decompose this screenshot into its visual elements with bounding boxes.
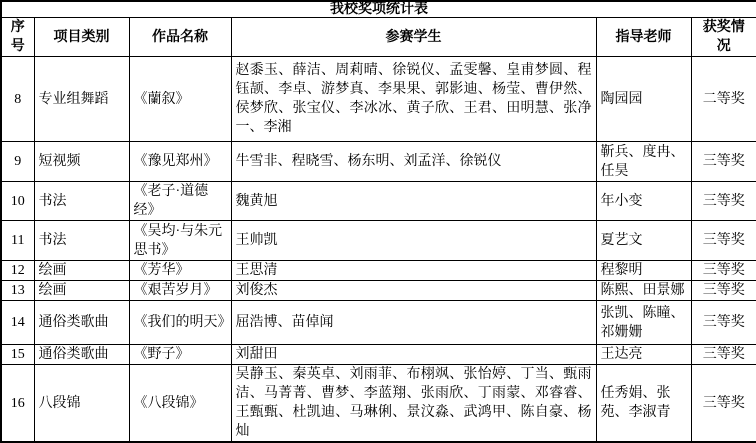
cell-work: 《蘭叙》	[129, 57, 231, 142]
cell-category: 通俗类歌曲	[34, 301, 129, 345]
cell-serial: 14	[1, 301, 34, 345]
header-students: 参赛学生	[231, 18, 596, 57]
header-award-label: 获奖情况	[702, 18, 745, 56]
cell-teachers: 靳兵、度冉、任昊	[596, 142, 691, 182]
table-row: 12 绘画 《芳华》 王思清 程黎明 三等奖	[1, 261, 756, 281]
table-row: 15 通俗类歌曲 《野子》 刘甜田 王达亮 三等奖	[1, 345, 756, 365]
cell-students: 王思清	[231, 261, 596, 281]
cell-award: 三等奖	[691, 221, 756, 261]
header-serial-label: 序号	[10, 18, 25, 56]
table-row: 8 专业组舞蹈 《蘭叙》 赵黍玉、薛洁、周莉晴、徐锐仪、孟雯馨、皇甫梦圆、程钰颉…	[1, 57, 756, 142]
cell-serial: 15	[1, 345, 34, 365]
cell-award: 三等奖	[691, 182, 756, 221]
cell-award: 三等奖	[691, 365, 756, 443]
cell-work: 《野子》	[129, 345, 231, 365]
header-award: 获奖情况	[691, 18, 756, 57]
cell-students: 刘甜田	[231, 345, 596, 365]
header-serial: 序号	[1, 18, 34, 57]
cell-students: 屈浩博、苗倬闻	[231, 301, 596, 345]
cell-serial: 16	[1, 365, 34, 443]
table-row: 14 通俗类歌曲 《我们的明天》 屈浩博、苗倬闻 张凯、陈瞳、祁姗姗 三等奖	[1, 301, 756, 345]
cell-category: 绘画	[34, 261, 129, 281]
cell-work: 《艰苦岁月》	[129, 281, 231, 301]
cell-work: 《八段锦》	[129, 365, 231, 443]
cell-serial: 11	[1, 221, 34, 261]
cell-students: 魏黄旭	[231, 182, 596, 221]
title-row: 我校奖项统计表	[1, 1, 756, 18]
table-row: 10 书法 《老子·道德经》 魏黄旭 年小变 三等奖	[1, 182, 756, 221]
awards-table: 我校奖项统计表 序号 项目类别 作品名称 参赛学生 指导老师 获奖情况 8 专业…	[0, 0, 756, 443]
cell-category: 通俗类歌曲	[34, 345, 129, 365]
cell-award: 二等奖	[691, 57, 756, 142]
cell-category: 书法	[34, 221, 129, 261]
cell-teachers: 陶园园	[596, 57, 691, 142]
cell-teachers: 夏艺文	[596, 221, 691, 261]
cell-teachers: 程黎明	[596, 261, 691, 281]
cell-category: 短视频	[34, 142, 129, 182]
cell-serial: 13	[1, 281, 34, 301]
cell-work: 《豫见郑州》	[129, 142, 231, 182]
cell-work: 《吴均·与朱元思书》	[129, 221, 231, 261]
cell-category: 绘画	[34, 281, 129, 301]
cell-serial: 10	[1, 182, 34, 221]
cell-serial: 9	[1, 142, 34, 182]
cell-work: 《芳华》	[129, 261, 231, 281]
cell-work: 《老子·道德经》	[129, 182, 231, 221]
cell-students: 赵黍玉、薛洁、周莉晴、徐锐仪、孟雯馨、皇甫梦圆、程钰颉、李卓、游梦真、李果果、郭…	[231, 57, 596, 142]
cell-students: 刘俊杰	[231, 281, 596, 301]
cell-award: 三等奖	[691, 281, 756, 301]
cell-category: 八段锦	[34, 365, 129, 443]
header-work: 作品名称	[129, 18, 231, 57]
cell-award: 三等奖	[691, 301, 756, 345]
cell-teachers: 陈熙、田景娜	[596, 281, 691, 301]
cell-award: 三等奖	[691, 261, 756, 281]
cell-students: 王帅凯	[231, 221, 596, 261]
table-row: 13 绘画 《艰苦岁月》 刘俊杰 陈熙、田景娜 三等奖	[1, 281, 756, 301]
cell-students: 吴静玉、秦英卓、刘雨菲、布栩飒、张怡婷、丁当、甄雨洁、马菁菁、曹梦、李蓝翔、张雨…	[231, 365, 596, 443]
table-row: 16 八段锦 《八段锦》 吴静玉、秦英卓、刘雨菲、布栩飒、张怡婷、丁当、甄雨洁、…	[1, 365, 756, 443]
cell-students: 牛雪非、程晓雪、杨东明、刘孟洋、徐锐仪	[231, 142, 596, 182]
cell-award: 三等奖	[691, 345, 756, 365]
header-teachers: 指导老师	[596, 18, 691, 57]
table-title: 我校奖项统计表	[1, 1, 756, 18]
cell-teachers: 张凯、陈瞳、祁姗姗	[596, 301, 691, 345]
header-category: 项目类别	[34, 18, 129, 57]
cell-teachers: 年小变	[596, 182, 691, 221]
cell-teachers: 任秀娟、张苑、李淑青	[596, 365, 691, 443]
cell-work: 《我们的明天》	[129, 301, 231, 345]
table-row: 9 短视频 《豫见郑州》 牛雪非、程晓雪、杨东明、刘孟洋、徐锐仪 靳兵、度冉、任…	[1, 142, 756, 182]
cell-category: 书法	[34, 182, 129, 221]
cell-award: 三等奖	[691, 142, 756, 182]
cell-category: 专业组舞蹈	[34, 57, 129, 142]
cell-teachers: 王达亮	[596, 345, 691, 365]
cell-serial: 8	[1, 57, 34, 142]
header-row: 序号 项目类别 作品名称 参赛学生 指导老师 获奖情况	[1, 18, 756, 57]
table-row: 11 书法 《吴均·与朱元思书》 王帅凯 夏艺文 三等奖	[1, 221, 756, 261]
cell-serial: 12	[1, 261, 34, 281]
